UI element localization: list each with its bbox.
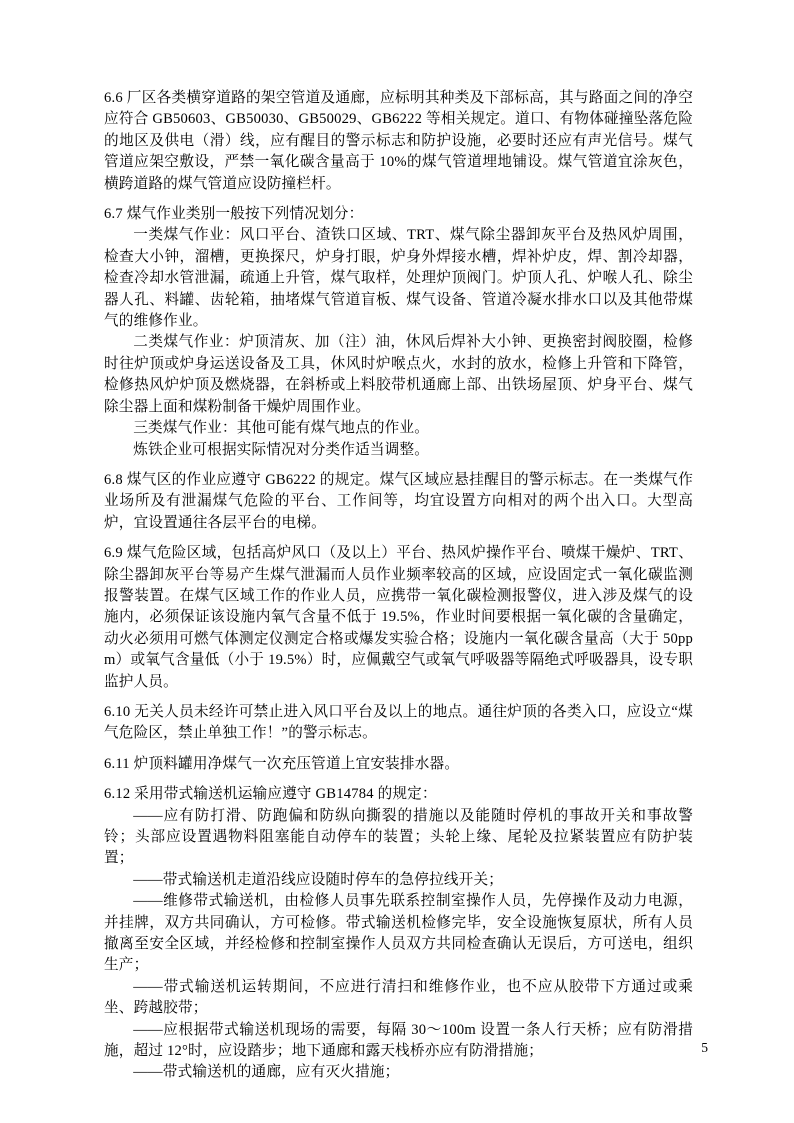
- paragraph-6-8: 6.8 煤气区的作业应遵守 GB6222 的规定。煤气区域应悬挂醒目的警示标志。…: [104, 470, 693, 534]
- paragraph-6-12-intro: 6.12 采用带式输送机运输应遵守 GB14784 的规定：: [104, 784, 693, 805]
- paragraph-6-12-item3: ——维修带式输送机，由检修人员事先联系控制室操作人员，先停操作及动力电源，并挂牌…: [104, 891, 693, 977]
- paragraph-6-6: 6.6 厂区各类横穿道路的架空管道及通廊，应标明其种类及下部标高，其与路面之间的…: [104, 88, 693, 195]
- paragraph-6-9: 6.9 煤气危险区域，包括高炉风口（及以上）平台、热风炉操作平台、喷煤干燥炉、T…: [104, 543, 693, 693]
- paragraph-6-12-item4: ——带式输送机运转期间，不应进行清扫和维修作业，也不应从胶带下方通过或乘坐、跨越…: [104, 977, 693, 1020]
- paragraph-6-10: 6.10 无关人员未经许可禁止进入风口平台及以上的地点。通往炉顶的各类入口，应设…: [104, 702, 693, 745]
- paragraph-6-12-item5: ——应根据带式输送机现场的需要，每隔 30～100m 设置一条人行天桥；应有防滑…: [104, 1020, 693, 1063]
- paragraph-6-11: 6.11 炉顶料罐用净煤气一次充压管道上宜安装排水器。: [104, 754, 693, 775]
- paragraph-6-12-item6: ——带式输送机的通廊，应有灭火措施；: [104, 1062, 693, 1083]
- paragraph-6-7-intro: 6.7 煤气作业类别一般按下列情况划分：: [104, 204, 693, 225]
- paragraph-6-7-note: 炼铁企业可根据实际情况对分类作适当调整。: [104, 440, 693, 461]
- page-number: 5: [701, 1040, 708, 1056]
- paragraph-6-12-item2: ——带式输送机走道沿线应设随时停车的急停拉线开关；: [104, 870, 693, 891]
- paragraph-6-7-class2: 二类煤气作业：炉顶清灰、加（注）油，休风后焊补大小钟、更换密封阀胶圈，检修时往炉…: [104, 332, 693, 418]
- paragraph-6-7-class1: 一类煤气作业：风口平台、渣铁口区域、TRT、煤气除尘器卸灰平台及热风炉周围，检查…: [104, 225, 693, 332]
- paragraph-6-12-item1: ——应有防打滑、防跑偏和防纵向撕裂的措施以及能随时停机的事故开关和事故警铃；头部…: [104, 806, 693, 870]
- document-page: 6.6 厂区各类横穿道路的架空管道及通廊，应标明其种类及下部标高，其与路面之间的…: [0, 0, 794, 1123]
- paragraph-6-7-class3: 三类煤气作业：其他可能有煤气地点的作业。: [104, 418, 693, 439]
- document-body: 6.6 厂区各类横穿道路的架空管道及通廊，应标明其种类及下部标高，其与路面之间的…: [104, 88, 693, 1084]
